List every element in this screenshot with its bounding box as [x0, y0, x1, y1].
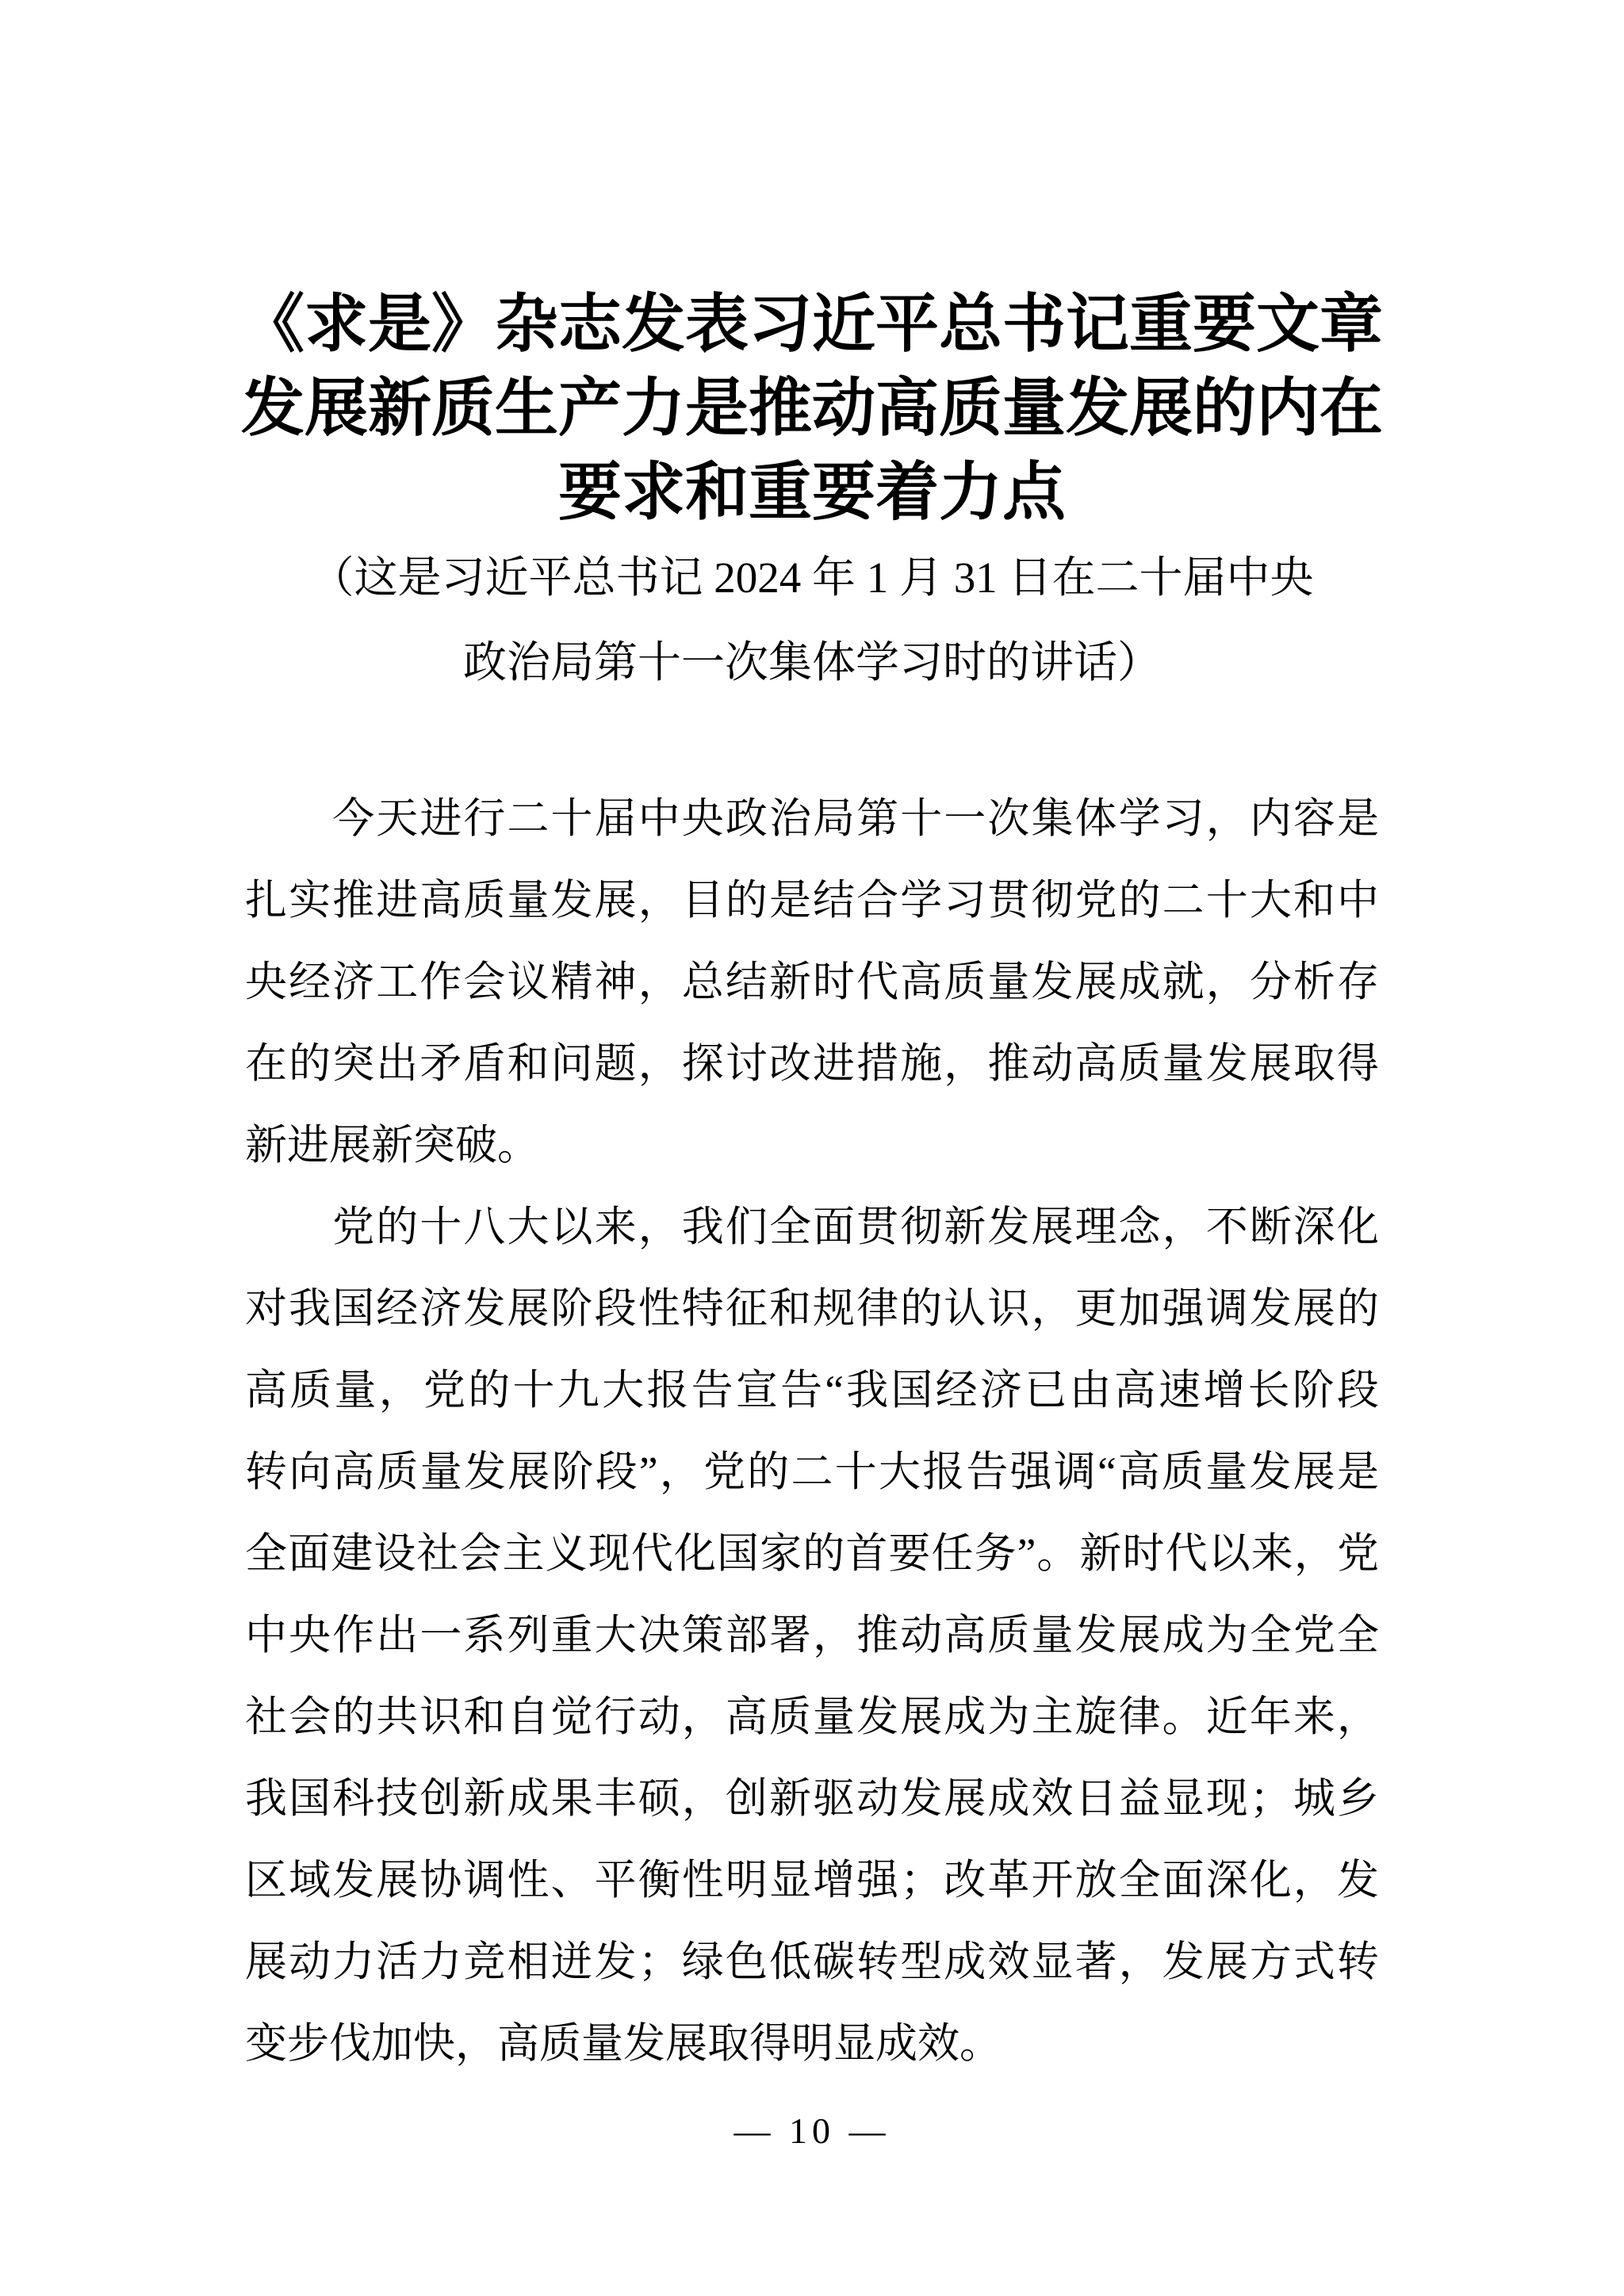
- document-subtitle: （这是习近平总书记 2024 年 1 月 31 日在二十届中央 政治局第十一次集…: [0, 535, 1624, 705]
- subtitle-line-1: （这是习近平总书记 2024 年 1 月 31 日在二十届中央: [0, 535, 1624, 620]
- body-line: 转向高质量发展阶段”，党的二十大报告强调“高质量发展是: [245, 1432, 1379, 1513]
- body-line: 中央作出一系列重大决策部署，推动高质量发展成为全党全: [245, 1595, 1379, 1677]
- body-line: 全面建设社会主义现代化国家的首要任务”。新时代以来，党: [245, 1513, 1379, 1595]
- body-line: 党的十八大以来，我们全面贯彻新发展理念，不断深化: [245, 1187, 1379, 1269]
- title-line-1: 《求是》杂志发表习近平总书记重要文章: [0, 283, 1624, 367]
- body-line: 我国科技创新成果丰硕，创新驱动发展成效日益显现；城乡: [245, 1758, 1379, 1840]
- body-line: 央经济工作会议精神，总结新时代高质量发展成就，分析存: [245, 942, 1379, 1024]
- body-line: 今天进行二十届中央政治局第十一次集体学习，内容是: [245, 779, 1379, 860]
- body-line: 对我国经济发展阶段性特征和规律的认识，更加强调发展的: [245, 1269, 1379, 1350]
- body-line: 扎实推进高质量发展，目的是结合学习贯彻党的二十大和中: [245, 860, 1379, 942]
- title-line-2: 发展新质生产力是推动高质量发展的内在: [0, 367, 1624, 451]
- body-line: 区域发展协调性、平衡性明显增强；改革开放全面深化，发: [245, 1840, 1379, 1922]
- body-line: 高质量，党的十九大报告宣告“我国经济已由高速增长阶段: [245, 1350, 1379, 1432]
- title-line-3: 要求和重要着力点: [0, 451, 1624, 535]
- document-title: 《求是》杂志发表习近平总书记重要文章 发展新质生产力是推动高质量发展的内在 要求…: [0, 283, 1624, 535]
- document-body: 今天进行二十届中央政治局第十一次集体学习，内容是 扎实推进高质量发展，目的是结合…: [245, 779, 1379, 2085]
- subtitle-line-2: 政治局第十一次集体学习时的讲话）: [0, 620, 1624, 705]
- body-line: 新进展新突破。: [245, 1105, 1379, 1187]
- body-line: 变步伐加快，高质量发展取得明显成效。: [245, 2003, 1379, 2085]
- body-line: 在的突出矛盾和问题，探讨改进措施，推动高质量发展取得: [245, 1024, 1379, 1105]
- page-number: — 10 —: [0, 2110, 1624, 2152]
- document-page: 《求是》杂志发表习近平总书记重要文章 发展新质生产力是推动高质量发展的内在 要求…: [0, 0, 1624, 2296]
- body-line: 展动力活力竞相迸发；绿色低碳转型成效显著，发展方式转: [245, 1922, 1379, 2003]
- body-line: 社会的共识和自觉行动，高质量发展成为主旋律。近年来，: [245, 1677, 1379, 1758]
